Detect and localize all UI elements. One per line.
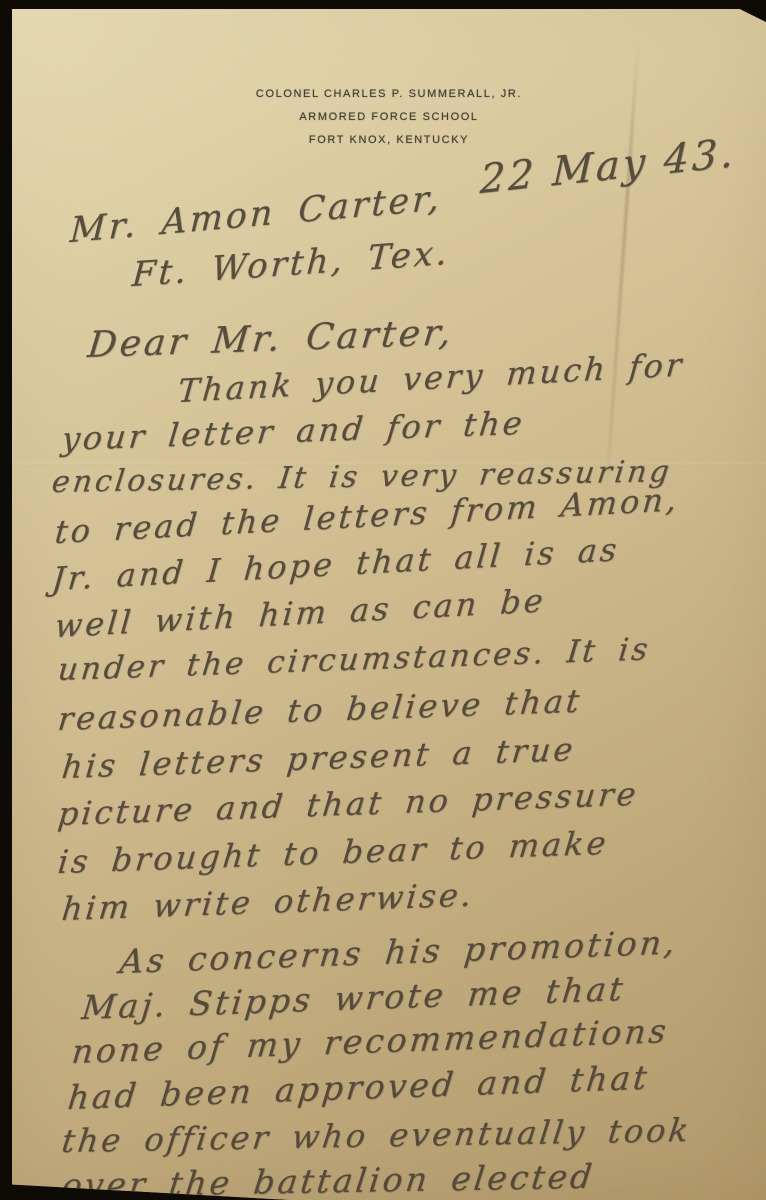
body-line: him write otherwise. [60,876,476,929]
salutation: Dear Mr. Carter, [86,312,456,366]
body-line: picture and that no pressure [56,775,641,833]
letter-page: COLONEL CHARLES P. SUMMERALL, JR. ARMORE… [12,9,766,1200]
scan-backdrop: COLONEL CHARLES P. SUMMERALL, JR. ARMORE… [0,0,766,1200]
body-line: his letters present a true [60,730,578,786]
body-line: is brought to bear to make [56,824,611,881]
body-line: your letter and for the [60,404,527,458]
body-line: over the battalion elected [60,1157,597,1200]
letterhead-organization: ARMORED FORCE SCHOOL [12,106,766,129]
recipient-address: Ft. Worth, Tex. [131,233,452,296]
body-line: reasonable to believe that [56,682,584,738]
body-line: the officer who eventually took [60,1111,694,1160]
letterhead-name: COLONEL CHARLES P. SUMMERALL, JR. [12,83,766,106]
